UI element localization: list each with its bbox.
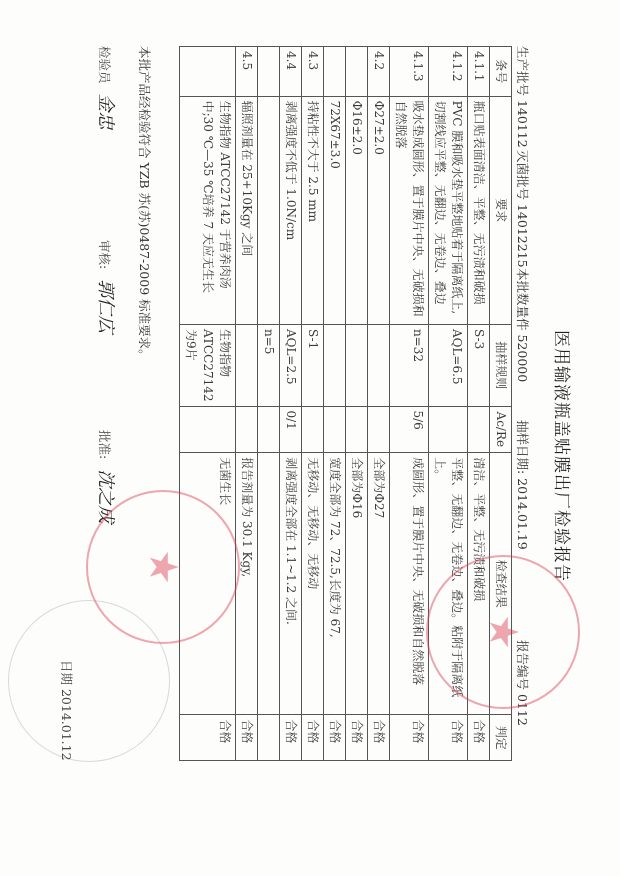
- table-row: 4.1.3吸水垫成圆形、置于膜片中央、无破损和自然脱落n=325/6成圆形、置于…: [390, 47, 429, 761]
- header-requirement: 要求: [490, 96, 512, 324]
- cell-result: 宽度全部为 72、72.5,长度为 67,: [324, 453, 346, 715]
- cell-acre: 0/1: [280, 406, 302, 453]
- cell-requirement: 辐照剂量在 25+10Kgy 之间: [236, 96, 258, 324]
- cell-requirement: 72X67±3.0: [324, 96, 346, 324]
- cell-sampling: n=32: [390, 324, 429, 406]
- cell-acre: [368, 406, 390, 453]
- conclusion: 本批产品经检验符合 YZB 苏(苏)0487-2009 标准要求。: [136, 46, 154, 362]
- report-title: 医用输液瓶盖贴膜出厂检验报告: [551, 330, 576, 582]
- cell-result: 剥离强度全部在 1.1~1.2 之间.: [280, 453, 302, 715]
- cell-verdict: 合格: [429, 715, 468, 761]
- cell-result: 全部为Φ16: [346, 453, 368, 715]
- cell-clause: 4.5: [236, 47, 258, 97]
- cell-result: [258, 453, 280, 715]
- table-row: Φ16±2.0全部为Φ16合格: [346, 47, 368, 761]
- cell-verdict: 合格: [468, 715, 490, 761]
- cell-sampling: S-1: [302, 324, 324, 406]
- cell-sampling: S-3: [468, 324, 490, 406]
- cell-sampling: [346, 324, 368, 406]
- stamp-star-icon: ★: [140, 549, 186, 585]
- faint-circle-mark: [8, 600, 170, 762]
- cell-clause: 4.1.3: [390, 47, 429, 97]
- table-row: 72X67±3.0宽度全部为 72、72.5,长度为 67,合格: [324, 47, 346, 761]
- inspector-label: 检验员: [97, 46, 112, 84]
- cell-acre: [236, 406, 258, 453]
- cell-acre: 5/6: [390, 406, 429, 453]
- cell-verdict: 合格: [368, 715, 390, 761]
- sterilization-batch: 灭菌批号 14012215: [514, 150, 532, 268]
- cell-requirement: Φ16±2.0: [346, 96, 368, 324]
- approver-label: 批准:: [97, 430, 112, 459]
- cell-verdict: 合格: [302, 715, 324, 761]
- sampling-date: 抽样日期: 2014.01.19: [514, 420, 532, 550]
- header-sampling: 抽样规则: [490, 324, 512, 406]
- cell-acre: [346, 406, 368, 453]
- cell-clause: [346, 47, 368, 97]
- cell-clause: 4.1.2: [429, 47, 468, 97]
- reviewer-signature: 审核: 郭仁広: [94, 240, 120, 333]
- cell-acre: [180, 406, 236, 453]
- cell-verdict: 合格: [390, 715, 429, 761]
- cell-clause: 4.4: [280, 47, 302, 97]
- table-row: 4.4剥离强度不低于 1.0N/cmAQL=2.50/1剥离强度全部在 1.1~…: [280, 47, 302, 761]
- cell-verdict: 合格: [280, 715, 302, 761]
- header-clause: 条号: [490, 47, 512, 97]
- cell-sampling: [324, 324, 346, 406]
- cell-verdict: 合格: [346, 715, 368, 761]
- cell-acre: [468, 406, 490, 453]
- cell-verdict: 合格: [180, 715, 236, 761]
- stamp-star-icon: ★: [480, 614, 526, 650]
- cell-requirement: 生物指物 ATCC27142 于营养肉汤中;30 ℃—35 ℃培养 7 天应无生…: [180, 96, 236, 324]
- cell-sampling: AQL=2.5: [280, 324, 302, 406]
- reviewer-sign: 郭仁広: [95, 279, 116, 333]
- cell-verdict: [258, 715, 280, 761]
- cell-clause: [180, 47, 236, 97]
- table-row: 生物指物 ATCC27142 于营养肉汤中;30 ℃—35 ℃培养 7 天应无生…: [180, 47, 236, 761]
- cell-acre: [258, 406, 280, 453]
- cell-requirement: Φ27±2.0: [368, 96, 390, 324]
- cell-acre: [324, 406, 346, 453]
- cell-result: 无移动、无移动、无移动: [302, 453, 324, 715]
- cell-clause: [258, 47, 280, 97]
- cell-result: 全部为Φ27: [368, 453, 390, 715]
- cell-verdict: 合格: [236, 715, 258, 761]
- cell-verdict: 合格: [324, 715, 346, 761]
- batch-quantity: 本批数量件 520000: [514, 268, 532, 382]
- inspection-report-page: 医用输液瓶盖贴膜出厂检验报告 生产批号 140112 灭菌批号 14012215…: [0, 0, 620, 876]
- reviewer-label: 审核:: [97, 240, 112, 269]
- table-row: n=5: [258, 47, 280, 761]
- cell-sampling: n=5: [258, 324, 280, 406]
- table-row: 4.2Φ27±2.0全部为Φ27合格: [368, 47, 390, 761]
- header-verdict: 判定: [490, 715, 512, 761]
- cell-requirement: 剥离强度不低于 1.0N/cm: [280, 96, 302, 324]
- company-stamp-top: ★: [426, 555, 580, 709]
- cell-sampling: [236, 324, 258, 406]
- cell-requirement: 瓶口贴表面清洁、平整、无污渍和破损: [468, 96, 490, 324]
- production-batch: 生产批号 140112: [514, 46, 532, 148]
- cell-requirement: [258, 96, 280, 324]
- cell-clause: 4.3: [302, 47, 324, 97]
- inspector-signature: 检验员 金忠: [94, 46, 120, 130]
- cell-sampling: AQL=6.5: [429, 324, 468, 406]
- inspector-sign: 金忠: [95, 94, 116, 130]
- cell-clause: 4.2: [368, 47, 390, 97]
- cell-clause: [324, 47, 346, 97]
- cell-requirement: PVC 膜和吸水垫平整地贴着于隔离纸上,切割线应平整、无翻边、无卷边、叠边: [429, 96, 468, 324]
- table-row: 4.3持粘性不大于 2.5 mmS-1无移动、无移动、无移动合格: [302, 47, 324, 761]
- cell-sampling: [368, 324, 390, 406]
- cell-requirement: 持粘性不大于 2.5 mm: [302, 96, 324, 324]
- header-acre: Ac/Re: [490, 406, 512, 453]
- cell-acre: [302, 406, 324, 453]
- table-row: 4.5辐照剂量在 25+10Kgy 之间报告剂量为 30.1 Kgy,合格: [236, 47, 258, 761]
- cell-result: 成圆形、置于膜片中央、无破损和自然脱落: [390, 453, 429, 715]
- cell-requirement: 吸水垫成圆形、置于膜片中央、无破损和自然脱落: [390, 96, 429, 324]
- cell-acre: [429, 406, 468, 453]
- cell-result: 报告剂量为 30.1 Kgy,: [236, 453, 258, 715]
- cell-clause: 4.1.1: [468, 47, 490, 97]
- cell-sampling: 生物指物 ATCC27142 为9片: [180, 324, 236, 406]
